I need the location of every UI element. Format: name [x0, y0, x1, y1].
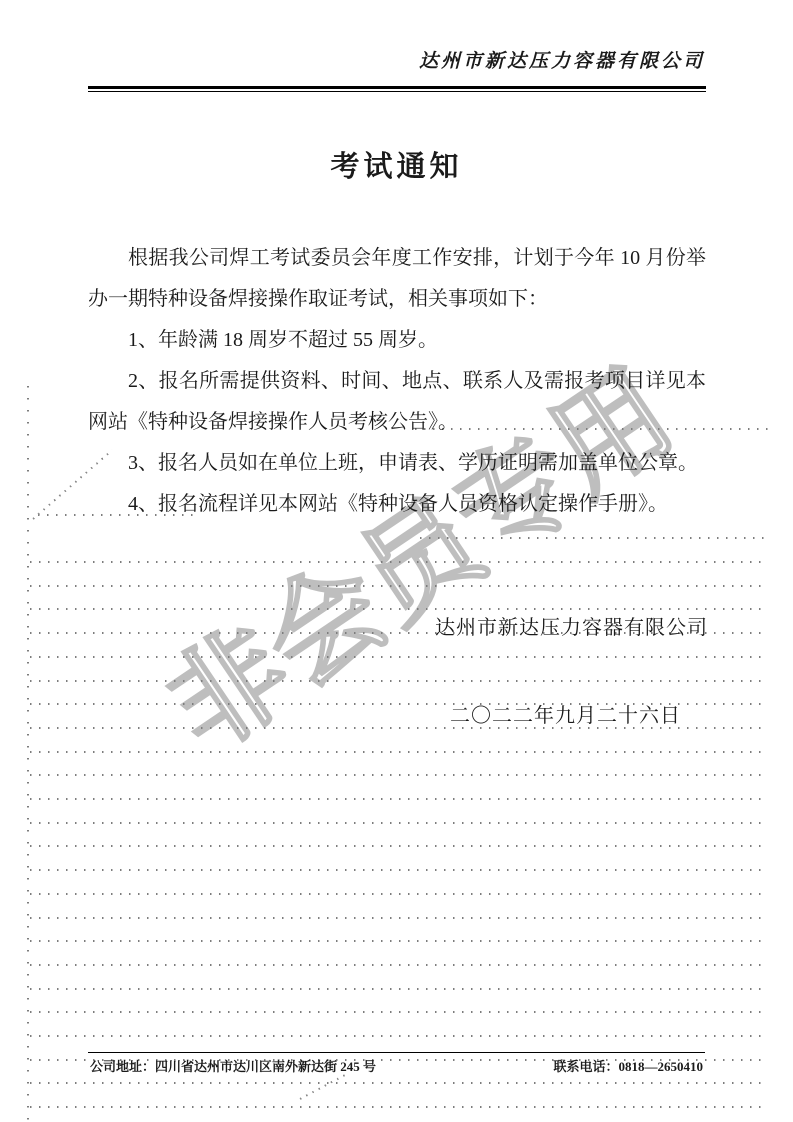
document-body: 根据我公司焊工考试委员会年度工作安排，计划于今年 10 月份举办一期特种设备焊接…: [88, 238, 706, 525]
list-item-3: 3、报名人员如在单位上班，申请表、学历证明需加盖单位公章。: [88, 443, 706, 484]
footer-rule: [88, 1052, 705, 1053]
signature-company-name: 达州市新达压力容器有限公司: [0, 613, 708, 643]
document-page: 非会员专用 达州市新达压力容器有限公司 考试通知 根据我公司焊工考试委员会年度工…: [0, 0, 793, 1122]
letterhead-company-name: 达州市新达压力容器有限公司: [88, 50, 705, 74]
footer-phone: 联系电话：0818—2650410: [553, 1058, 703, 1076]
letterhead-rule-thick: [88, 86, 706, 89]
footer-address: 公司地址：四川省达州市达川区南外新达街 245 号: [90, 1058, 376, 1076]
intro-paragraph: 根据我公司焊工考试委员会年度工作安排，计划于今年 10 月份举办一期特种设备焊接…: [88, 238, 706, 320]
document-title: 考试通知: [0, 148, 793, 186]
footer: 公司地址：四川省达州市达川区南外新达街 245 号 联系电话：0818—2650…: [90, 1058, 703, 1076]
list-item-1: 1、年龄满 18 周岁不超过 55 周岁。: [88, 320, 706, 361]
letterhead-rule-thin: [88, 91, 706, 92]
list-item-2: 2、报名所需提供资料、时间、地点、联系人及需报考项目详见本网站《特种设备焊接操作…: [88, 361, 706, 443]
list-item-4: 4、报名流程详见本网站《特种设备人员资格认定操作手册》。: [88, 484, 706, 525]
signature-date: 二〇二二年九月二十六日: [0, 701, 681, 731]
document-content: 达州市新达压力容器有限公司 考试通知 根据我公司焊工考试委员会年度工作安排，计划…: [0, 50, 793, 731]
